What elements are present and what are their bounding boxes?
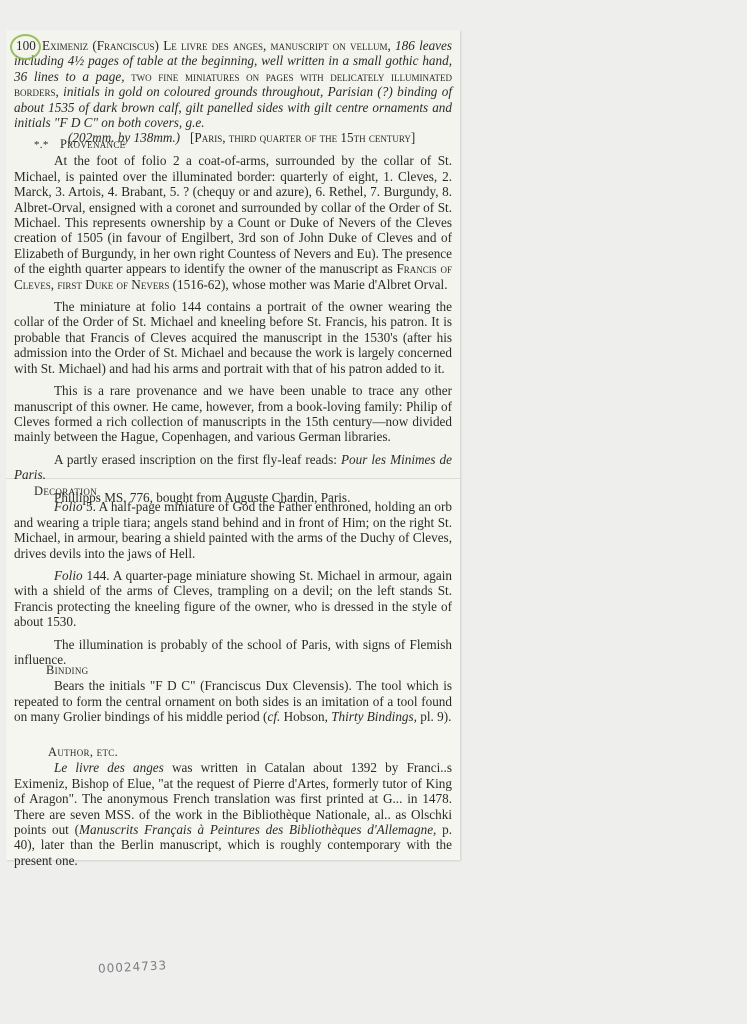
provenance-heading: *.*Provenance [60, 137, 452, 153]
decoration-paragraph: Folio 5. A half-page miniature of God th… [14, 499, 452, 561]
binding-section: Binding Bears the initials "F D C" (Fran… [14, 663, 452, 732]
lot-description: 100 Eximeniz (Franciscus) Le livre des a… [14, 38, 452, 146]
binding-paragraph: Bears the initials "F D C" (Franciscus D… [14, 678, 452, 724]
lot-title: Le livre des anges, manuscript on vellum… [163, 38, 391, 53]
binding-heading: Binding [46, 663, 452, 678]
pencil-inventory-number: 00024733 [98, 958, 168, 976]
provenance-paragraph: At the foot of folio 2 a coat-of-arms, s… [14, 153, 452, 292]
lot-number: 100 [14, 38, 38, 53]
provenance-paragraph: A partly erased inscription on the first… [14, 452, 452, 483]
author-paragraph: Le livre des anges was written in Catala… [14, 760, 452, 868]
author-heading: Author, etc. [48, 745, 452, 760]
lot-author: Eximeniz (Franciscus) [42, 38, 159, 53]
author-section: Author, etc. Le livre des anges was writ… [14, 745, 452, 875]
provenance-paragraph: The miniature at folio 144 contains a po… [14, 299, 452, 376]
provenance-paragraph: This is a rare provenance and we have be… [14, 383, 452, 445]
decoration-paragraph: Folio 144. A quarter-page miniature show… [14, 568, 452, 630]
decoration-heading: Decoration [34, 484, 452, 499]
provenance-section: *.*Provenance At the foot of folio 2 a c… [14, 137, 452, 512]
decoration-section: Decoration Folio 5. A half-page miniatur… [14, 484, 452, 674]
asterism-icon: *.* [34, 138, 60, 153]
lot-line-4: initials in gold on coloured grounds thr… [14, 84, 452, 130]
catalogue-clipping: 100 Eximeniz (Franciscus) Le livre des a… [6, 30, 460, 860]
